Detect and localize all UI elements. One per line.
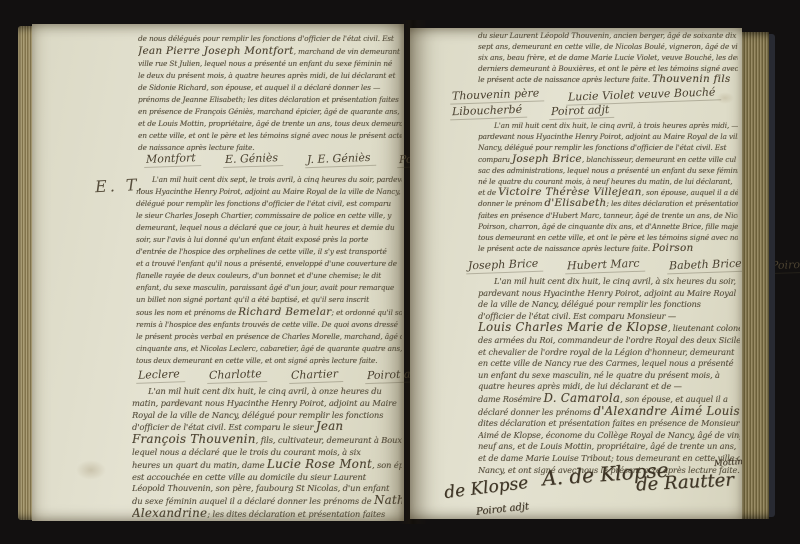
manuscript-text: ; les dites déclaration et présentation … xyxy=(207,509,385,518)
manuscript-line: six ans, beau frère, et de dame Marie Lu… xyxy=(478,52,738,63)
manuscript-text: du sexe féminin auquel il a déclaré donn… xyxy=(132,496,374,506)
manuscript-line: Royal de la ville de Nancy, délégué pour… xyxy=(132,410,402,422)
manuscript-emphasized-name: Jean Pierre Joseph Montfort xyxy=(138,45,294,57)
manuscript-line: Alexandrine; les dites déclaration et pr… xyxy=(132,508,402,518)
manuscript-line: tous deux demeurant en cette ville, et o… xyxy=(136,355,402,367)
manuscript-line: François Thouvenin, fils, cultivateur, d… xyxy=(132,434,402,447)
manuscript-line: Louis Charles Marie de Klopse, lieutenan… xyxy=(478,322,740,335)
manuscript-text: comparu xyxy=(478,155,512,164)
manuscript-line: Jean Pierre Joseph Montfort, marchand de… xyxy=(138,45,402,58)
manuscript-text: donner le prénom xyxy=(478,199,544,208)
manuscript-line: un enfant du sexe masculin, né le quatre… xyxy=(478,370,740,382)
manuscript-line: pardevant nous Hyacinthe Henry Poirot, a… xyxy=(478,288,740,300)
manuscript-line: sac des administrations, lequel nous a p… xyxy=(478,165,738,176)
manuscript-line: est accouchée en cette ville au domicile… xyxy=(132,472,402,484)
manuscript-text: , son épouse, et auquel il a xyxy=(620,394,728,404)
register-book: de nous délégués pour remplir les foncti… xyxy=(18,20,775,524)
manuscript-line: sous les nom et prénoms de Richard Bemel… xyxy=(136,306,402,319)
foundling-entry-bemelar: L'an mil huit cent dix sept, le trois av… xyxy=(136,174,402,368)
manuscript-text: le présent acte de naissance après lectu… xyxy=(478,75,652,84)
manuscript-line: délégué pour remplir les fonctions d'off… xyxy=(136,198,402,210)
manuscript-line: Aimé de Klopse, économe du Collège Royal… xyxy=(478,430,740,442)
manuscript-emphasized-name: d'Alexandre Aimé Louis xyxy=(593,404,739,418)
manuscript-line: d'entrée de l'hospice des orphelines de … xyxy=(136,246,402,258)
manuscript-emphasized-name: Victoire Thérèse Villejean xyxy=(498,186,641,198)
manuscript-line: et a trouvé l'enfant qu'il nous a présen… xyxy=(136,258,402,270)
book-cover-edge xyxy=(769,34,775,517)
signature: Charlotte xyxy=(207,367,267,384)
manuscript-line: de la ville de Nancy, délégué pour rempl… xyxy=(478,299,740,311)
manuscript-line: un billet non signé portant qu'il a été … xyxy=(136,294,402,306)
manuscript-emphasized-name: Thouvenin fils xyxy=(652,73,730,85)
manuscript-text: d'officier de l'état civil. Est comparu … xyxy=(132,422,316,432)
signature: J. E. Géniès xyxy=(305,151,376,168)
signature: Montfort xyxy=(144,151,201,168)
manuscript-text: dame Rosémire xyxy=(478,394,544,404)
manuscript-line: de nous délégués pour remplir les foncti… xyxy=(138,33,402,45)
manuscript-text: sous les nom et prénoms de xyxy=(136,308,238,317)
signature-row-foundling: LeclereCharlotteChartierPoirot adjt xyxy=(136,368,430,383)
manuscript-text: , marchand de vin demeurant en cette xyxy=(294,47,402,56)
signature-flourish: de Rautter xyxy=(636,469,735,495)
manuscript-text: , blanchisseur, demeurant en cette ville… xyxy=(582,155,738,164)
manuscript-line: flanelle rayée de deux couleurs, d'un bo… xyxy=(136,270,402,282)
manuscript-text: le présent acte de naissance après lectu… xyxy=(478,244,652,253)
manuscript-line: de Sidonie Richard, son épouse, et auque… xyxy=(138,82,402,94)
manuscript-line: en cette ville, et ont le père et les té… xyxy=(138,130,402,142)
manuscript-line: ville rue St Julien, lequel nous a prése… xyxy=(138,58,402,70)
manuscript-emphasized-name: Louis Charles Marie de Klopse xyxy=(478,320,668,334)
manuscript-line: le présent acte de naissance après lectu… xyxy=(478,74,738,85)
manuscript-emphasized-name: François Thouvenin xyxy=(132,432,256,446)
birth-entry-klopse: L'an mil huit cent dix huit, le cinq avr… xyxy=(478,276,740,476)
signature: Hubert Marc xyxy=(565,257,645,275)
manuscript-line: le présent acte de naissance après lectu… xyxy=(478,243,738,254)
manuscript-line: le présent procès verbal en présence de … xyxy=(136,331,402,343)
birth-entry-thouvenin: L'an mil huit cent dix huit, le cinq avr… xyxy=(132,386,402,518)
manuscript-line: prénoms de Jeanne Elisabeth; les dites d… xyxy=(138,94,402,106)
manuscript-line: en présence de François Géniès, marchand… xyxy=(138,106,402,118)
manuscript-emphasized-name: Joseph Brice xyxy=(512,153,582,165)
birth-entry-montfort: de nous délégués pour remplir les foncti… xyxy=(138,33,402,155)
manuscript-line: pardevant nous Hyacinthe Henry Poirot, a… xyxy=(478,131,738,142)
manuscript-line: des armées du Roi, commandeur de l'ordre… xyxy=(478,335,740,347)
manuscript-text: ; les dites déclaration et présentation xyxy=(606,199,738,208)
right-page-edges xyxy=(742,32,769,519)
manuscript-line: L'an mil huit cent dix huit, le cinq avr… xyxy=(132,386,402,398)
manuscript-line: matin, pardevant nous Hyacinthe Henry Po… xyxy=(132,398,402,410)
manuscript-line: remis à l'hospice des enfants trouvés de… xyxy=(136,319,402,331)
manuscript-line: déclaré donner les prénoms d'Alexandre A… xyxy=(478,406,740,419)
signature: Liboucherbé xyxy=(450,103,528,121)
left-page: de nous délégués pour remplir les foncti… xyxy=(32,24,404,521)
manuscript-text: , son épouse, auquel il a déclaré xyxy=(642,188,738,197)
signature-row-thouvenin-1: Thouvenin pèreLucie Violet veuve Bouché xyxy=(450,88,721,103)
signature: Lucie Violet veuve Bouché xyxy=(566,85,721,105)
manuscript-line: L'an mil huit cent dix huit, le cinq avr… xyxy=(478,276,740,288)
photo-backdrop: de nous délégués pour remplir les foncti… xyxy=(0,0,800,544)
signature-flourish: de Klopse xyxy=(443,473,529,503)
signature: Thouvenin père xyxy=(450,86,545,104)
manuscript-text: déclaré donner les prénoms xyxy=(478,407,593,417)
manuscript-line: cinquante ans, et Nicolas Leclerc, cabar… xyxy=(136,343,402,355)
manuscript-line: neuf ans, et de Louis Mottin, propriétai… xyxy=(478,441,740,453)
manuscript-line: le sieur Charles Joseph Chartier, commis… xyxy=(136,210,402,222)
manuscript-line: et de Louis Mottin, propriétaire, âgé de… xyxy=(138,118,402,130)
manuscript-line: dites déclaration et présentation faites… xyxy=(478,418,740,430)
manuscript-text: , lieutenant colonel xyxy=(668,323,740,333)
manuscript-line: L'an mil huit cent dix sept, le trois av… xyxy=(136,174,402,186)
signature: Poirot adjt xyxy=(549,103,615,120)
manuscript-line: du sieur Laurent Léopold Thouvenin, anci… xyxy=(478,30,738,41)
manuscript-line: comparu Joseph Brice, blanchisseur, deme… xyxy=(478,154,738,165)
signature: Babeth Brice xyxy=(667,257,747,275)
manuscript-line: faites en présence d'Hubert Marc, tanneu… xyxy=(478,210,738,221)
manuscript-line: nous Hyacinthe Henry Poirot, adjoint au … xyxy=(136,186,402,198)
manuscript-line: L'an mil huit cent dix huit, le cinq avr… xyxy=(478,120,738,131)
manuscript-emphasized-name: Alexandrine xyxy=(132,506,207,518)
manuscript-line: en cette ville de Nancy rue des Carmes, … xyxy=(478,358,740,370)
signature-flourish-group: de KlopseA. de Klopsede RautterPoirot ad… xyxy=(430,458,742,516)
manuscript-text: ; et ordonné qu'il soit xyxy=(331,308,402,317)
signature-row-thouvenin-2: LiboucherbéPoirot adjt xyxy=(450,104,614,119)
manuscript-emphasized-name: Poirson xyxy=(652,242,693,254)
signature: E. Géniès xyxy=(223,151,284,168)
manuscript-line: et chevalier de l'ordre royal de la Légi… xyxy=(478,347,740,359)
manuscript-text: et de xyxy=(478,188,498,197)
manuscript-line: Poirson, charron, âgé de cinquante dix a… xyxy=(478,221,738,232)
manuscript-emphasized-name: Richard Bemelar xyxy=(238,306,331,318)
manuscript-line: et de Victoire Thérèse Villejean, son ép… xyxy=(478,187,738,198)
signature-flourish: Mottin xyxy=(714,457,743,469)
manuscript-line: demeurant, lequel nous a déclaré que ce … xyxy=(136,222,402,234)
manuscript-line: soir, sur l'avis à lui donné qu'un enfan… xyxy=(136,234,402,246)
manuscript-line: tous demeurant en cette ville, et ont le… xyxy=(478,232,738,243)
signature: Chartier xyxy=(288,367,343,384)
page-stain xyxy=(76,460,106,480)
birth-entry-brice: L'an mil huit cent dix huit, le cinq avr… xyxy=(478,120,738,256)
manuscript-emphasized-name: Jean xyxy=(316,419,343,433)
manuscript-emphasized-name: d'Elisabeth xyxy=(544,197,606,209)
birth-entry-thouvenin-continued: du sieur Laurent Léopold Thouvenin, anci… xyxy=(478,30,738,87)
manuscript-text: , fils, cultivateur, demeurant à Bouxièr… xyxy=(256,435,402,445)
manuscript-line: le deux du présent mois, à quatre heures… xyxy=(138,70,402,82)
signature-flourish: Poirot adjt xyxy=(476,501,530,517)
manuscript-text: heures un quart du matin, dame xyxy=(132,460,267,470)
manuscript-line: sept ans, demeurant en cette ville, de N… xyxy=(478,41,738,52)
manuscript-emphasized-name: Lucie Rose Mont xyxy=(267,457,372,471)
manuscript-line: enfant, du sexe masculin, paraissant âgé… xyxy=(136,282,402,294)
manuscript-line: heures un quart du matin, dame Lucie Ros… xyxy=(132,459,402,472)
manuscript-line: donner le prénom d'Elisabeth; les dites … xyxy=(478,198,738,209)
signature: Joseph Brice xyxy=(466,257,544,275)
manuscript-line: Léopold Thouvenin, son père, faubourg St… xyxy=(132,483,402,495)
right-page: du sieur Laurent Léopold Thouvenin, anci… xyxy=(410,28,742,519)
signature: Leclere xyxy=(136,367,185,384)
